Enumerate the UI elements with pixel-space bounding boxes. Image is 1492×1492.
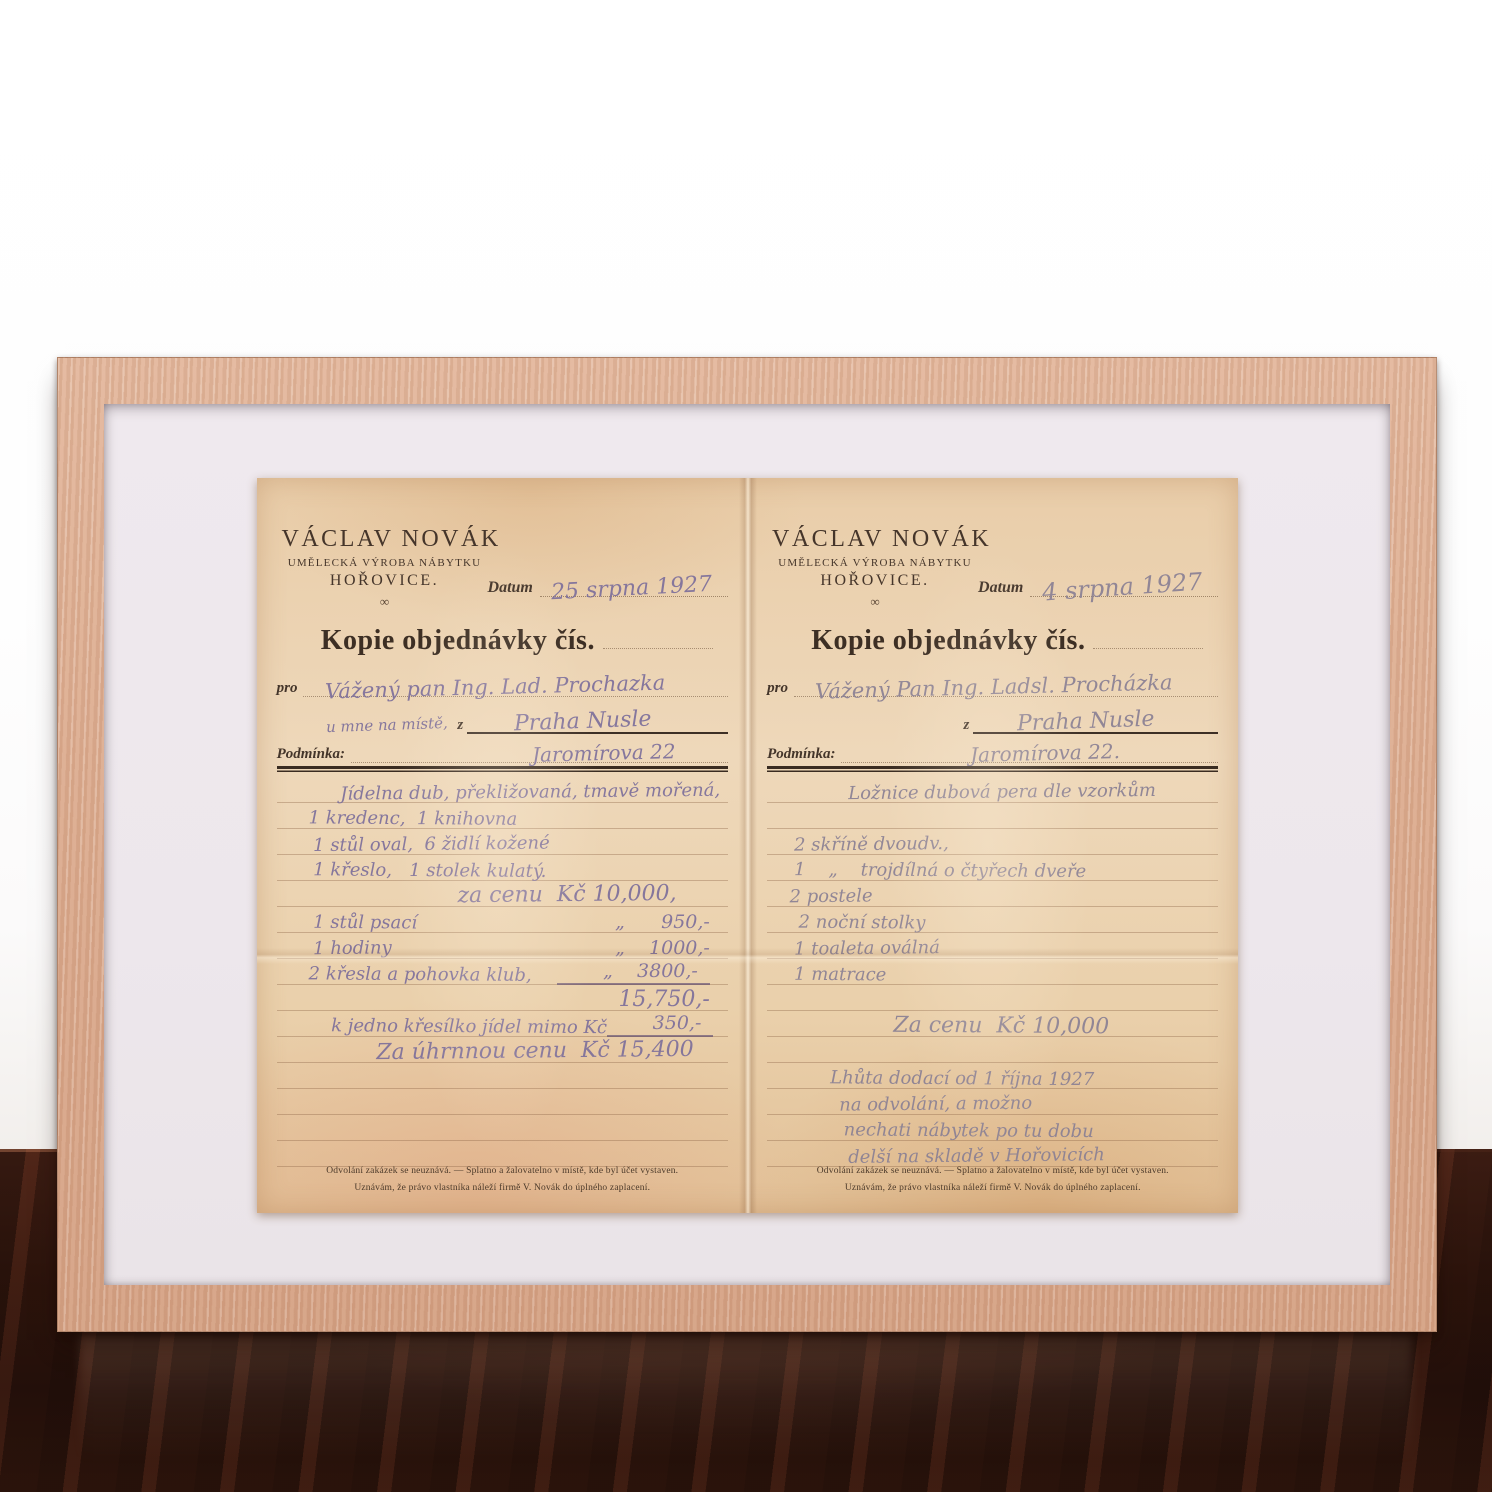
frame-reflection xyxy=(80,1333,1412,1463)
handwritten-date: 4 srpna 1927 xyxy=(1041,567,1203,606)
handwriting-price: „ 3800,- xyxy=(557,962,710,985)
handwritten-line: za cenu Kč 10,000, xyxy=(277,881,728,907)
handwriting-text: Lhůta dodací od 1 října 1927 xyxy=(767,1069,1094,1090)
handwriting-text: 1 stůl oval, 6 židlí kožené xyxy=(277,835,550,857)
handwritten-line: nechati nábytek po tu dobu xyxy=(767,1115,1218,1141)
handwriting-text: 1 „ trojdílná o čtyřech dveře xyxy=(767,861,1086,882)
terms-line-1: Odvolání zakázek se neuznává. — Splatno … xyxy=(767,1163,1218,1180)
condition-line: Jaromírova 22 xyxy=(351,738,728,763)
title-row: Kopie objednávky čís. xyxy=(811,625,1218,657)
handwritten-line: 2 postele xyxy=(767,881,1218,907)
document-title: Kopie objednávky čís. xyxy=(811,625,1085,657)
handwritten-line xyxy=(277,1115,728,1141)
terms-line-2: Uznávám, že právo vlastníka náleží firmě… xyxy=(767,1180,1218,1197)
handwriting-text: k jedno křesílko jídel mimo Kč xyxy=(277,1017,607,1038)
handwriting-price: 15,750,- xyxy=(618,988,709,1011)
handwritten-line: 1 hodiny„ 1000,- xyxy=(277,933,728,959)
handwritten-line: 2 noční stolky xyxy=(767,907,1218,933)
place-label: z xyxy=(457,717,463,734)
handwritten-place: Praha Nusle xyxy=(514,707,652,737)
company-subtitle: UMĚLECKÁ VÝROBA NÁBYTKU xyxy=(772,557,978,569)
company-letterhead: VÁCLAV NOVÁK UMĚLECKÁ VÝROBA NÁBYTKU HOŘ… xyxy=(772,526,978,610)
handwriting-text: 1 stůl psací xyxy=(277,914,417,934)
condition-line: Jaromírova 22. xyxy=(841,738,1218,763)
handwriting-text: 1 matrace xyxy=(767,966,886,986)
order-document-sheet: VÁCLAV NOVÁK UMĚLECKÁ VÝROBA NÁBYTKU HOŘ… xyxy=(257,478,1238,1213)
handwritten-address: Jaromírova 22 xyxy=(532,739,676,767)
date-row: Datum 25 srpna 1927 xyxy=(488,574,728,597)
handwritten-recipient: Vážený Pan Ing. Ladsl. Procházka xyxy=(815,670,1173,703)
handwritten-line: 15,750,- xyxy=(277,985,728,1011)
handwritten-line: 1 matrace xyxy=(767,959,1218,985)
ruled-body: Ložnice dubová pera dle vzorkům2 skříně … xyxy=(767,777,1218,1167)
place-line: Praha Nusle xyxy=(973,706,1218,734)
ruled-body: Jídelna dub, překližovaná, tmavě mořená,… xyxy=(277,777,728,1167)
place-row: z Praha Nusle xyxy=(767,706,1218,734)
document-title: Kopie objednávky čís. xyxy=(321,625,595,657)
handwriting-text: 2 noční stolky xyxy=(767,914,926,934)
handwritten-line: Jídelna dub, překližovaná, tmavě mořená, xyxy=(277,777,728,803)
recipient-label: pro xyxy=(767,680,788,697)
handwritten-line xyxy=(767,1037,1218,1063)
handwritten-line: k jedno křesílko jídel mimo Kč350,- xyxy=(277,1011,728,1037)
handwritten-line: Za úhrnnou cenu Kč 15,400 xyxy=(277,1037,728,1063)
company-name: VÁCLAV NOVÁK xyxy=(772,526,978,553)
handwriting-price: „ 1000,- xyxy=(615,939,710,959)
order-copy-left: VÁCLAV NOVÁK UMĚLECKÁ VÝROBA NÁBYTKU HOŘ… xyxy=(257,478,748,1213)
handwriting-text: 2 postele xyxy=(767,888,873,908)
recipient-row: pro Vážený pan Ing. Lad. Prochazka xyxy=(277,672,728,697)
place-row: u mne na místě, z Praha Nusle xyxy=(277,706,728,734)
condition-row: Podmínka: Jaromírova 22. xyxy=(767,738,1218,763)
recipient-label: pro xyxy=(277,680,298,697)
place-label: z xyxy=(963,717,969,734)
handwritten-line xyxy=(767,985,1218,1011)
handwritten-line: 1 „ trojdílná o čtyřech dveře xyxy=(767,855,1218,881)
company-city: HOŘOVICE. xyxy=(772,572,978,590)
handwritten-line xyxy=(767,803,1218,829)
company-subtitle: UMĚLECKÁ VÝROBA NÁBYTKU xyxy=(282,557,488,569)
handwritten-recipient: Vážený pan Ing. Lad. Prochazka xyxy=(324,671,665,704)
condition-label: Podmínka: xyxy=(767,746,835,763)
handwritten-line: 1 stůl psací„ 950,- xyxy=(277,907,728,933)
handwriting-text: za cenu Kč 10,000, xyxy=(276,882,676,909)
handwritten-line xyxy=(277,1089,728,1115)
handwriting-text: 2 skříně dvoudv., xyxy=(767,835,949,856)
handwritten-address: Jaromírova 22. xyxy=(969,739,1119,767)
date-label: Datum xyxy=(488,579,533,597)
handwriting-text: Ložnice dubová pera dle vzorkům xyxy=(767,782,1156,805)
recipient-line: Vážený pan Ing. Lad. Prochazka xyxy=(303,672,727,697)
handwritten-date: 25 srpna 1927 xyxy=(551,572,713,605)
handwritten-note: u mne na místě, xyxy=(325,714,447,736)
handwritten-line: 1 křeslo, 1 stolek kulatý. xyxy=(277,855,728,881)
handwriting-text: 1 kredenc, 1 knihovna xyxy=(277,809,517,830)
condition-row: Podmínka: Jaromírova 22 xyxy=(277,738,728,763)
handwriting-text: Za cenu Kč 10,000 xyxy=(767,1013,1109,1038)
handwriting-price: 350,- xyxy=(607,1014,714,1037)
letterhead-ornament-icon: ∞ xyxy=(772,594,978,610)
order-number-line xyxy=(1093,632,1203,649)
handwritten-line xyxy=(277,1063,728,1089)
handwritten-line: 2 skříně dvoudv., xyxy=(767,829,1218,855)
date-label: Datum xyxy=(978,579,1023,597)
handwritten-line: na odvolání, a možno xyxy=(767,1089,1218,1115)
handwriting-price: „ 950,- xyxy=(615,913,710,933)
handwritten-line: 2 křesla a pohovka klub,„ 3800,- xyxy=(277,959,728,985)
terms-footer: Odvolání zakázek se neuznává. — Splatno … xyxy=(277,1163,728,1197)
handwriting-text: 2 křesla a pohovka klub, xyxy=(277,965,532,986)
handwritten-line: Lhůta dodací od 1 října 1927 xyxy=(767,1063,1218,1089)
handwriting-text: nechati nábytek po tu dobu xyxy=(767,1121,1094,1142)
double-rule xyxy=(767,766,1218,773)
recipient-row: pro Vážený Pan Ing. Ladsl. Procházka xyxy=(767,672,1218,697)
date-line: 25 srpna 1927 xyxy=(540,574,728,597)
terms-line-2: Uznávám, že právo vlastníka náleží firmě… xyxy=(277,1180,728,1197)
date-row: Datum 4 srpna 1927 xyxy=(978,574,1218,597)
company-city: HOŘOVICE. xyxy=(282,572,488,590)
order-number-line xyxy=(603,632,713,649)
order-copy-right: VÁCLAV NOVÁK UMĚLECKÁ VÝROBA NÁBYTKU HOŘ… xyxy=(748,478,1239,1213)
handwritten-line: 1 toaleta oválná xyxy=(767,933,1218,959)
handwriting-text: Jídelna dub, překližovaná, tmavě mořená, xyxy=(277,782,720,806)
recipient-line: Vážený Pan Ing. Ladsl. Procházka xyxy=(794,672,1218,697)
mat-board: VÁCLAV NOVÁK UMĚLECKÁ VÝROBA NÁBYTKU HOŘ… xyxy=(104,404,1390,1285)
letterhead-ornament-icon: ∞ xyxy=(282,594,488,610)
company-name: VÁCLAV NOVÁK xyxy=(282,526,488,553)
condition-label: Podmínka: xyxy=(277,746,345,763)
handwritten-line: Za cenu Kč 10,000 xyxy=(767,1011,1218,1037)
handwriting-text: 1 křeslo, 1 stolek kulatý. xyxy=(277,861,547,882)
handwriting-text: na odvolání, a možno xyxy=(767,1095,1032,1117)
picture-frame: VÁCLAV NOVÁK UMĚLECKÁ VÝROBA NÁBYTKU HOŘ… xyxy=(57,357,1437,1332)
date-line: 4 srpna 1927 xyxy=(1030,574,1218,597)
handwritten-line: Ložnice dubová pera dle vzorkům xyxy=(767,777,1218,803)
terms-line-1: Odvolání zakázek se neuznává. — Splatno … xyxy=(277,1163,728,1180)
handwriting-text: Za úhrnnou cenu Kč 15,400 xyxy=(276,1038,693,1065)
handwritten-place: Praha Nusle xyxy=(1017,707,1155,737)
title-row: Kopie objednávky čís. xyxy=(321,625,728,657)
place-line: Praha Nusle xyxy=(467,706,728,734)
handwritten-line: 1 stůl oval, 6 židlí kožené xyxy=(277,829,728,855)
handwriting-text: 1 hodiny xyxy=(277,940,392,960)
handwritten-line: 1 kredenc, 1 knihovna xyxy=(277,803,728,829)
double-rule xyxy=(277,766,728,773)
handwriting-text: 1 toaleta oválná xyxy=(767,939,940,960)
terms-footer: Odvolání zakázek se neuznává. — Splatno … xyxy=(767,1163,1218,1197)
company-letterhead: VÁCLAV NOVÁK UMĚLECKÁ VÝROBA NÁBYTKU HOŘ… xyxy=(282,526,488,610)
